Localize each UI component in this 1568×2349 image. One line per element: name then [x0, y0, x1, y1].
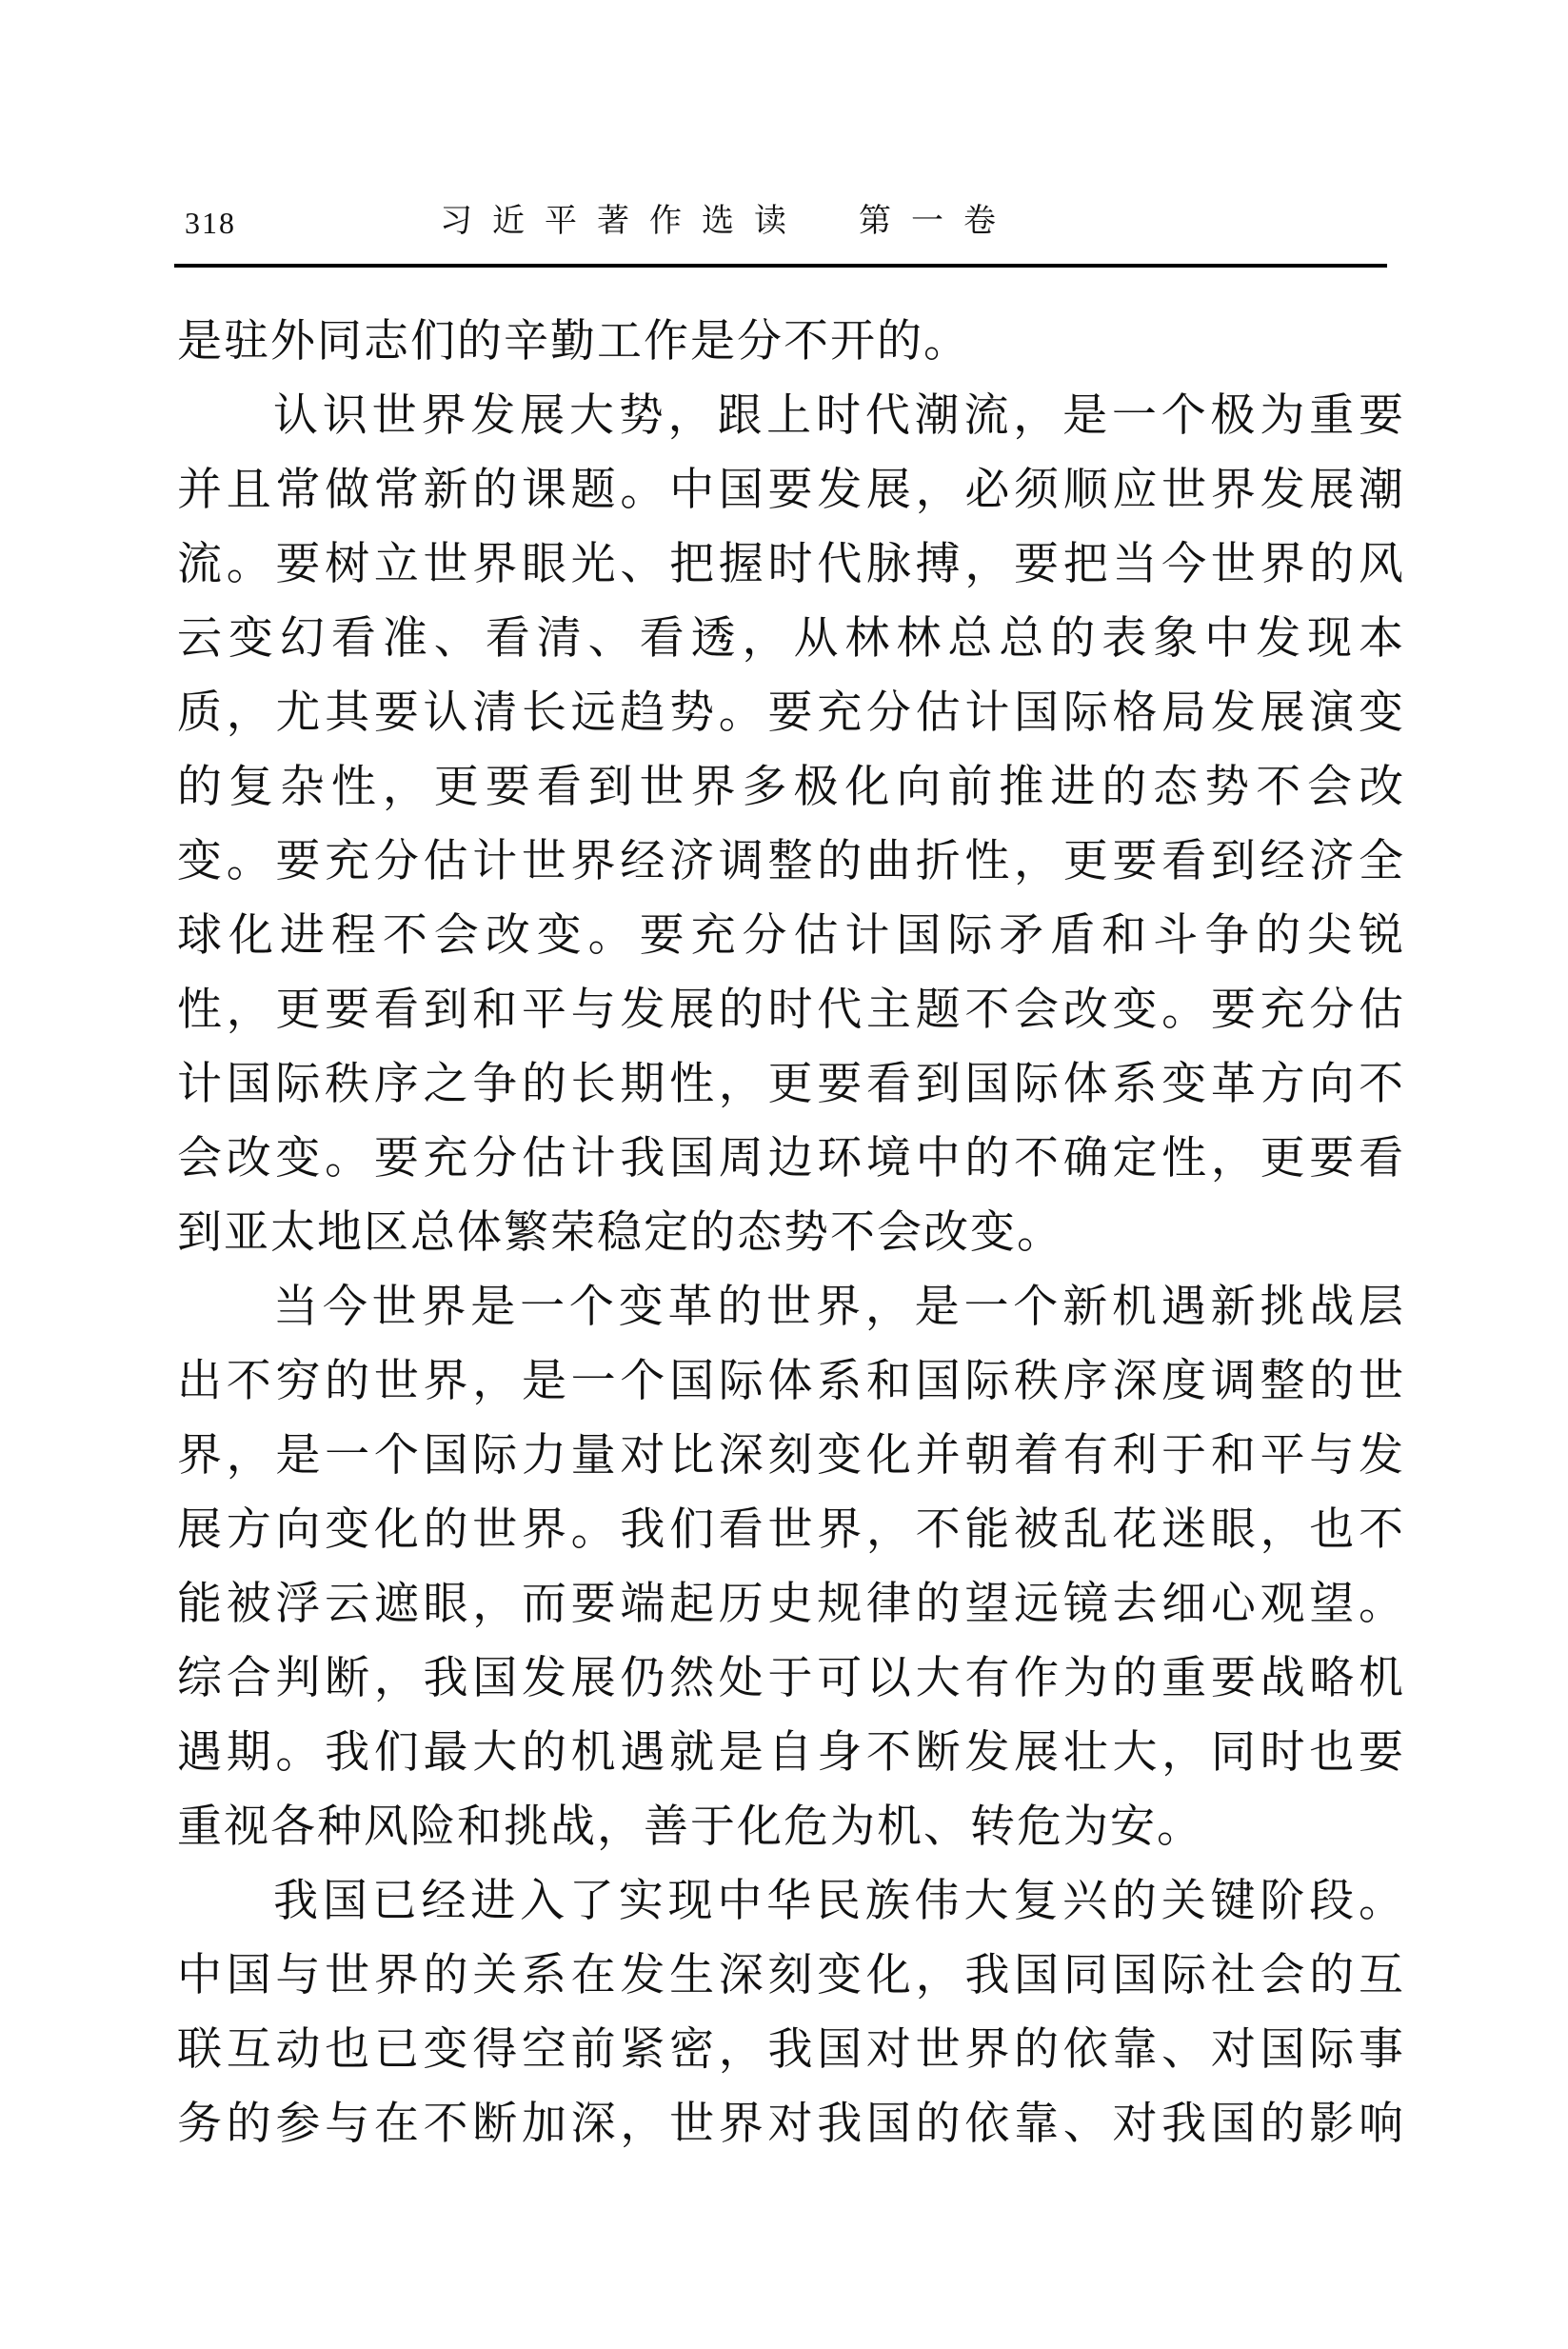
- paragraph: 认识世界发展大势，跟上时代潮流，是一个极为重要 并且常做常新的课题。中国要发展，…: [177, 379, 1405, 1270]
- text-line: 到亚太地区总体繁荣稳定的态势不会改变。: [177, 1196, 1405, 1270]
- text-line: 我国已经进入了实现中华民族伟大复兴的关键阶段。: [177, 1864, 1405, 1939]
- text-line: 计国际秩序之争的长期性，更要看到国际体系变革方向不: [177, 1047, 1405, 1122]
- text-line: 展方向变化的世界。我们看世界，不能被乱花迷眼，也不: [177, 1493, 1405, 1567]
- text-line: 云变幻看准、看清、看透，从林林总总的表象中发现本: [177, 602, 1405, 676]
- header-rule: [174, 264, 1387, 268]
- text-line: 的复杂性，更要看到世界多极化向前推进的态势不会改: [177, 750, 1405, 825]
- text-line: 务的参与在不断加深，世界对我国的依靠、对我国的影响: [177, 2087, 1405, 2161]
- text-line: 性，更要看到和平与发展的时代主题不会改变。要充分估: [177, 973, 1405, 1047]
- text-line: 综合判断，我国发展仍然处于可以大有作为的重要战略机: [177, 1642, 1405, 1716]
- page-body: 是驻外同志们的辛勤工作是分不开的。 认识世界发展大势，跟上时代潮流，是一个极为重…: [177, 305, 1405, 2161]
- book-page: 318 习近平著作选读 第一卷 是驻外同志们的辛勤工作是分不开的。 认识世界发展…: [0, 0, 1568, 2349]
- text-line: 界，是一个国际力量对比深刻变化并朝着有利于和平与发: [177, 1419, 1405, 1493]
- text-line: 并且常做常新的课题。中国要发展，必须顺应世界发展潮: [177, 453, 1405, 528]
- text-line: 变。要充分估计世界经济调整的曲折性，更要看到经济全: [177, 825, 1405, 899]
- text-line: 球化进程不会改变。要充分估计国际矛盾和斗争的尖锐: [177, 899, 1405, 973]
- text-line: 重视各种风险和挑战，善于化危为机、转危为安。: [177, 1790, 1405, 1864]
- paragraph: 当今世界是一个变革的世界，是一个新机遇新挑战层 出不穷的世界，是一个国际体系和国…: [177, 1270, 1405, 1864]
- text-line: 能被浮云遮眼，而要端起历史规律的望远镜去细心观望。: [177, 1567, 1405, 1642]
- paragraph: 我国已经进入了实现中华民族伟大复兴的关键阶段。 中国与世界的关系在发生深刻变化，…: [177, 1864, 1405, 2161]
- text-line: 认识世界发展大势，跟上时代潮流，是一个极为重要: [177, 379, 1405, 453]
- text-line: 出不穷的世界，是一个国际体系和国际秩序深度调整的世: [177, 1344, 1405, 1419]
- running-title: 习近平著作选读 第一卷: [440, 202, 1016, 242]
- text-line: 当今世界是一个变革的世界，是一个新机遇新挑战层: [177, 1270, 1405, 1344]
- text-line: 中国与世界的关系在发生深刻变化，我国同国际社会的互: [177, 1939, 1405, 2013]
- text-line: 流。要树立世界眼光、把握时代脉搏，要把当今世界的风: [177, 528, 1405, 602]
- page-number: 318: [185, 204, 236, 242]
- text-line: 遇期。我们最大的机遇就是自身不断发展壮大，同时也要: [177, 1716, 1405, 1790]
- text-line: 是驻外同志们的辛勤工作是分不开的。: [177, 305, 1405, 379]
- paragraph: 是驻外同志们的辛勤工作是分不开的。: [177, 305, 1405, 379]
- text-line: 质，尤其要认清长远趋势。要充分估计国际格局发展演变: [177, 676, 1405, 750]
- text-line: 联互动也已变得空前紧密，我国对世界的依靠、对国际事: [177, 2013, 1405, 2087]
- text-line: 会改变。要充分估计我国周边环境中的不确定性，更要看: [177, 1122, 1405, 1196]
